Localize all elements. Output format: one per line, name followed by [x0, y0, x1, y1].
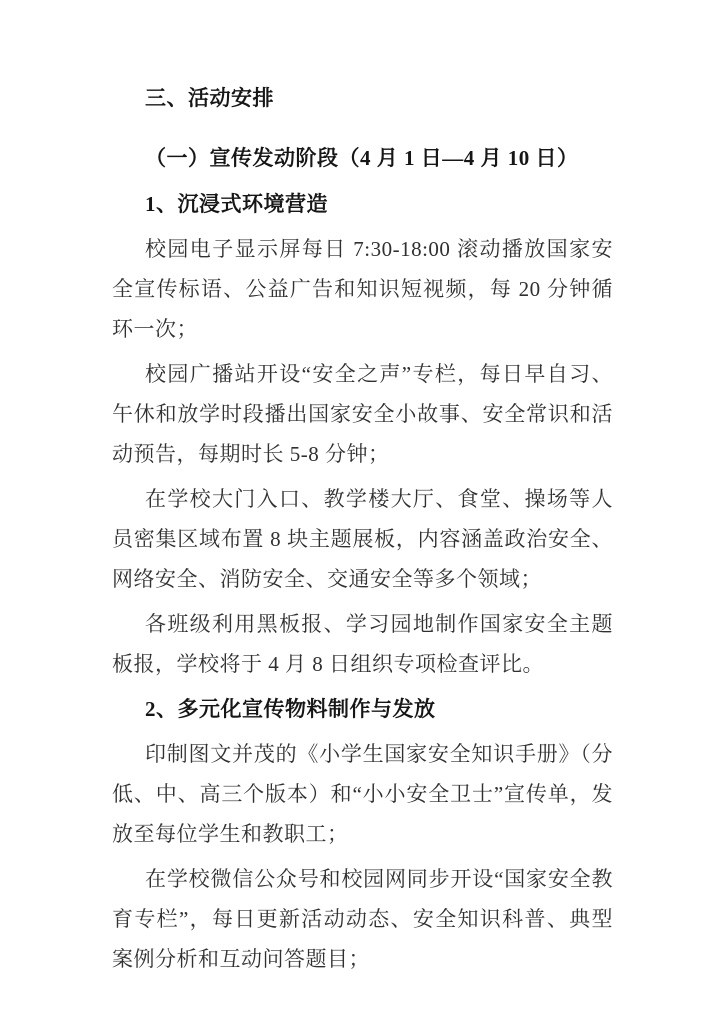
paragraph-led-screen: 校园电子显示屏每日 7:30-18:00 滚动播放国家安全宣传标语、公益广告和知…: [112, 229, 613, 349]
paragraph-handbook-printing: 印制图文并茂的《小学生国家安全知识手册》（分低、中、高三个版本）和“小小安全卫士…: [112, 734, 613, 854]
document-content: 三、活动安排 （一）宣传发动阶段（4 月 1 日—4 月 10 日） 1、沉浸式…: [112, 78, 613, 984]
document-page: 三、活动安排 （一）宣传发动阶段（4 月 1 日—4 月 10 日） 1、沉浸式…: [0, 0, 724, 1024]
heading-item-1-immersive-environment: 1、沉浸式环境营造: [112, 184, 613, 224]
heading-section-activity-arrangement: 三、活动安排: [112, 78, 613, 118]
heading-item-2-materials-distribution: 2、多元化宣传物料制作与发放: [112, 689, 613, 729]
paragraph-class-blackboard: 各班级利用黑板报、学习园地制作国家安全主题板报，学校将于 4 月 8 日组织专项…: [112, 604, 613, 684]
paragraph-wechat-column: 在学校微信公众号和校园网同步开设“国家安全教育专栏”，每日更新活动动态、安全知识…: [112, 859, 613, 979]
paragraph-broadcast-station: 校园广播站开设“安全之声”专栏，每日早自习、午休和放学时段播出国家安全小故事、安…: [112, 354, 613, 474]
paragraph-display-boards: 在学校大门入口、教学楼大厅、食堂、操场等人员密集区域布置 8 块主题展板，内容涵…: [112, 479, 613, 599]
heading-phase-1-publicity-launch: （一）宣传发动阶段（4 月 1 日—4 月 10 日）: [112, 138, 613, 178]
